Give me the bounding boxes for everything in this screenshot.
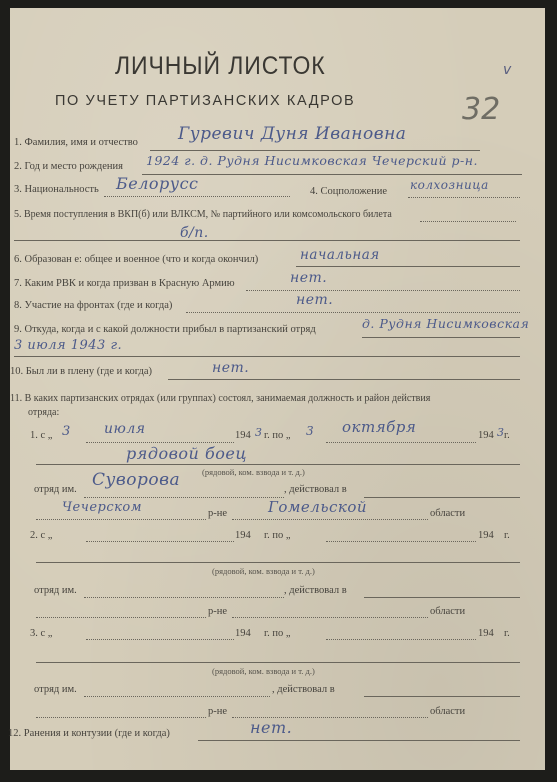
field-2-value[interactable]: 1924 г. д. Рудня Нисимковская Чечерский … <box>146 153 478 168</box>
field-5-value[interactable]: б/п. <box>180 225 209 241</box>
field-8-value[interactable]: нет. <box>296 292 333 308</box>
detachment-3-position-hint: (рядовой, ком. взвода и т. д.) <box>212 666 315 676</box>
field-1-label: 1. Фамилия, имя и отчество <box>14 137 138 148</box>
field-7-value[interactable]: нет. <box>290 270 327 286</box>
detachment-3-acted-label: , действовал в <box>272 684 335 695</box>
detachment-2-number: 2. с „ <box>30 530 52 541</box>
detachment-1-from-month[interactable]: июля <box>104 421 146 437</box>
detachment-1-detachment-name[interactable]: Суворова <box>92 470 180 490</box>
field-10-label: 10. Был ли в плену (где и когда) <box>10 366 152 377</box>
detachment-1-district-label: р-не <box>208 508 227 519</box>
detachment-1-from-day[interactable]: 3 <box>62 424 71 439</box>
detachment-1-year-suffix: г. <box>504 430 510 441</box>
detachment-3-from-year: 194 <box>235 628 251 639</box>
field-11-label-cont: отряда: <box>28 407 59 418</box>
detachment-3-detachment-label: отряд им. <box>34 684 77 695</box>
detachment-2-to-year: 194 <box>478 530 494 541</box>
detachment-1-position[interactable]: рядовой боец <box>126 444 247 463</box>
field-11-label: 11. В каких партизанских отрядах (или гр… <box>10 393 430 404</box>
detachment-1-number: 1. с „ <box>30 430 52 441</box>
archive-number: 32 <box>462 92 500 127</box>
field-5-label: 5. Время поступления в ВКП(б) или ВЛКСМ,… <box>14 209 392 220</box>
field-12-label: 12. Ранения и контузии (где и когда) <box>8 728 170 739</box>
detachment-2-region-label: области <box>430 606 465 617</box>
field-9-label: 9. Откуда, когда и с какой должности при… <box>14 324 316 335</box>
detachment-1-to-day[interactable]: 3 <box>306 424 314 438</box>
detachment-3-to-year: 194 <box>478 628 494 639</box>
detachment-2-acted-label: , действовал в <box>284 585 347 596</box>
detachment-1-region[interactable]: Гомельской <box>268 498 367 516</box>
field-8-label: 8. Участие на фронтах (где и когда) <box>14 300 172 311</box>
field-6-value[interactable]: начальная <box>300 247 380 263</box>
document-title: ЛИЧНЫЙ ЛИСТОК <box>115 52 326 81</box>
detachment-1-from-year-digit[interactable]: 3 <box>255 426 263 439</box>
detachment-1-detachment-label: отряд им. <box>34 484 77 495</box>
field-7-label: 7. Каким РВК и когда призван в Красную А… <box>14 278 235 289</box>
detachment-2-district-label: р-не <box>208 606 227 617</box>
detachment-1-to-month[interactable]: октября <box>342 418 416 436</box>
detachment-3-district-label: р-не <box>208 706 227 717</box>
field-1-value[interactable]: Гуревич Дуня Ивановна <box>178 124 406 144</box>
detachment-1-acted-label: , действовал в <box>284 484 347 495</box>
detachment-3-number: 3. с „ <box>30 628 52 639</box>
field-3-label: 3. Национальность <box>14 184 99 195</box>
document-subtitle: ПО УЧЕТУ ПАРТИЗАНСКИХ КАДРОВ <box>55 93 355 109</box>
detachment-2-position-hint: (рядовой, ком. взвода и т. д.) <box>212 566 315 576</box>
detachment-1-to-year: 194 <box>478 430 494 441</box>
field-4-label: 4. Соцположение <box>310 186 387 197</box>
detachment-3-year-suffix: г. <box>504 628 510 639</box>
detachment-2-to-label: г. по „ <box>264 530 291 541</box>
detachment-1-region-label: области <box>430 508 465 519</box>
detachment-1-from-year: 194 <box>235 430 251 441</box>
check-mark: v <box>503 62 511 78</box>
field-10-value[interactable]: нет. <box>212 360 249 376</box>
field-2-label: 2. Год и место рождения <box>14 161 123 172</box>
field-4-value[interactable]: колхозница <box>410 178 489 192</box>
detachment-3-to-label: г. по „ <box>264 628 291 639</box>
field-12-value[interactable]: нет. <box>250 718 292 737</box>
detachment-3-region-label: области <box>430 706 465 717</box>
detachment-2-year-suffix: г. <box>504 530 510 541</box>
field-3-value[interactable]: Белорусс <box>116 174 199 193</box>
field-6-label: 6. Образован е: общее и военное (что и к… <box>14 254 258 265</box>
detachment-2-detachment-label: отряд им. <box>34 585 77 596</box>
detachment-2-from-year: 194 <box>235 530 251 541</box>
field-9-value-line1[interactable]: д. Рудня Нисимковская <box>362 316 529 331</box>
detachment-1-position-hint: (рядовой, ком. взвода и т. д.) <box>202 467 305 477</box>
field-9-value-line2[interactable]: 3 июля 1943 г. <box>14 338 122 353</box>
detachment-1-district[interactable]: Чечерском <box>62 500 142 515</box>
detachment-1-to-label: г. по „ <box>264 430 291 441</box>
